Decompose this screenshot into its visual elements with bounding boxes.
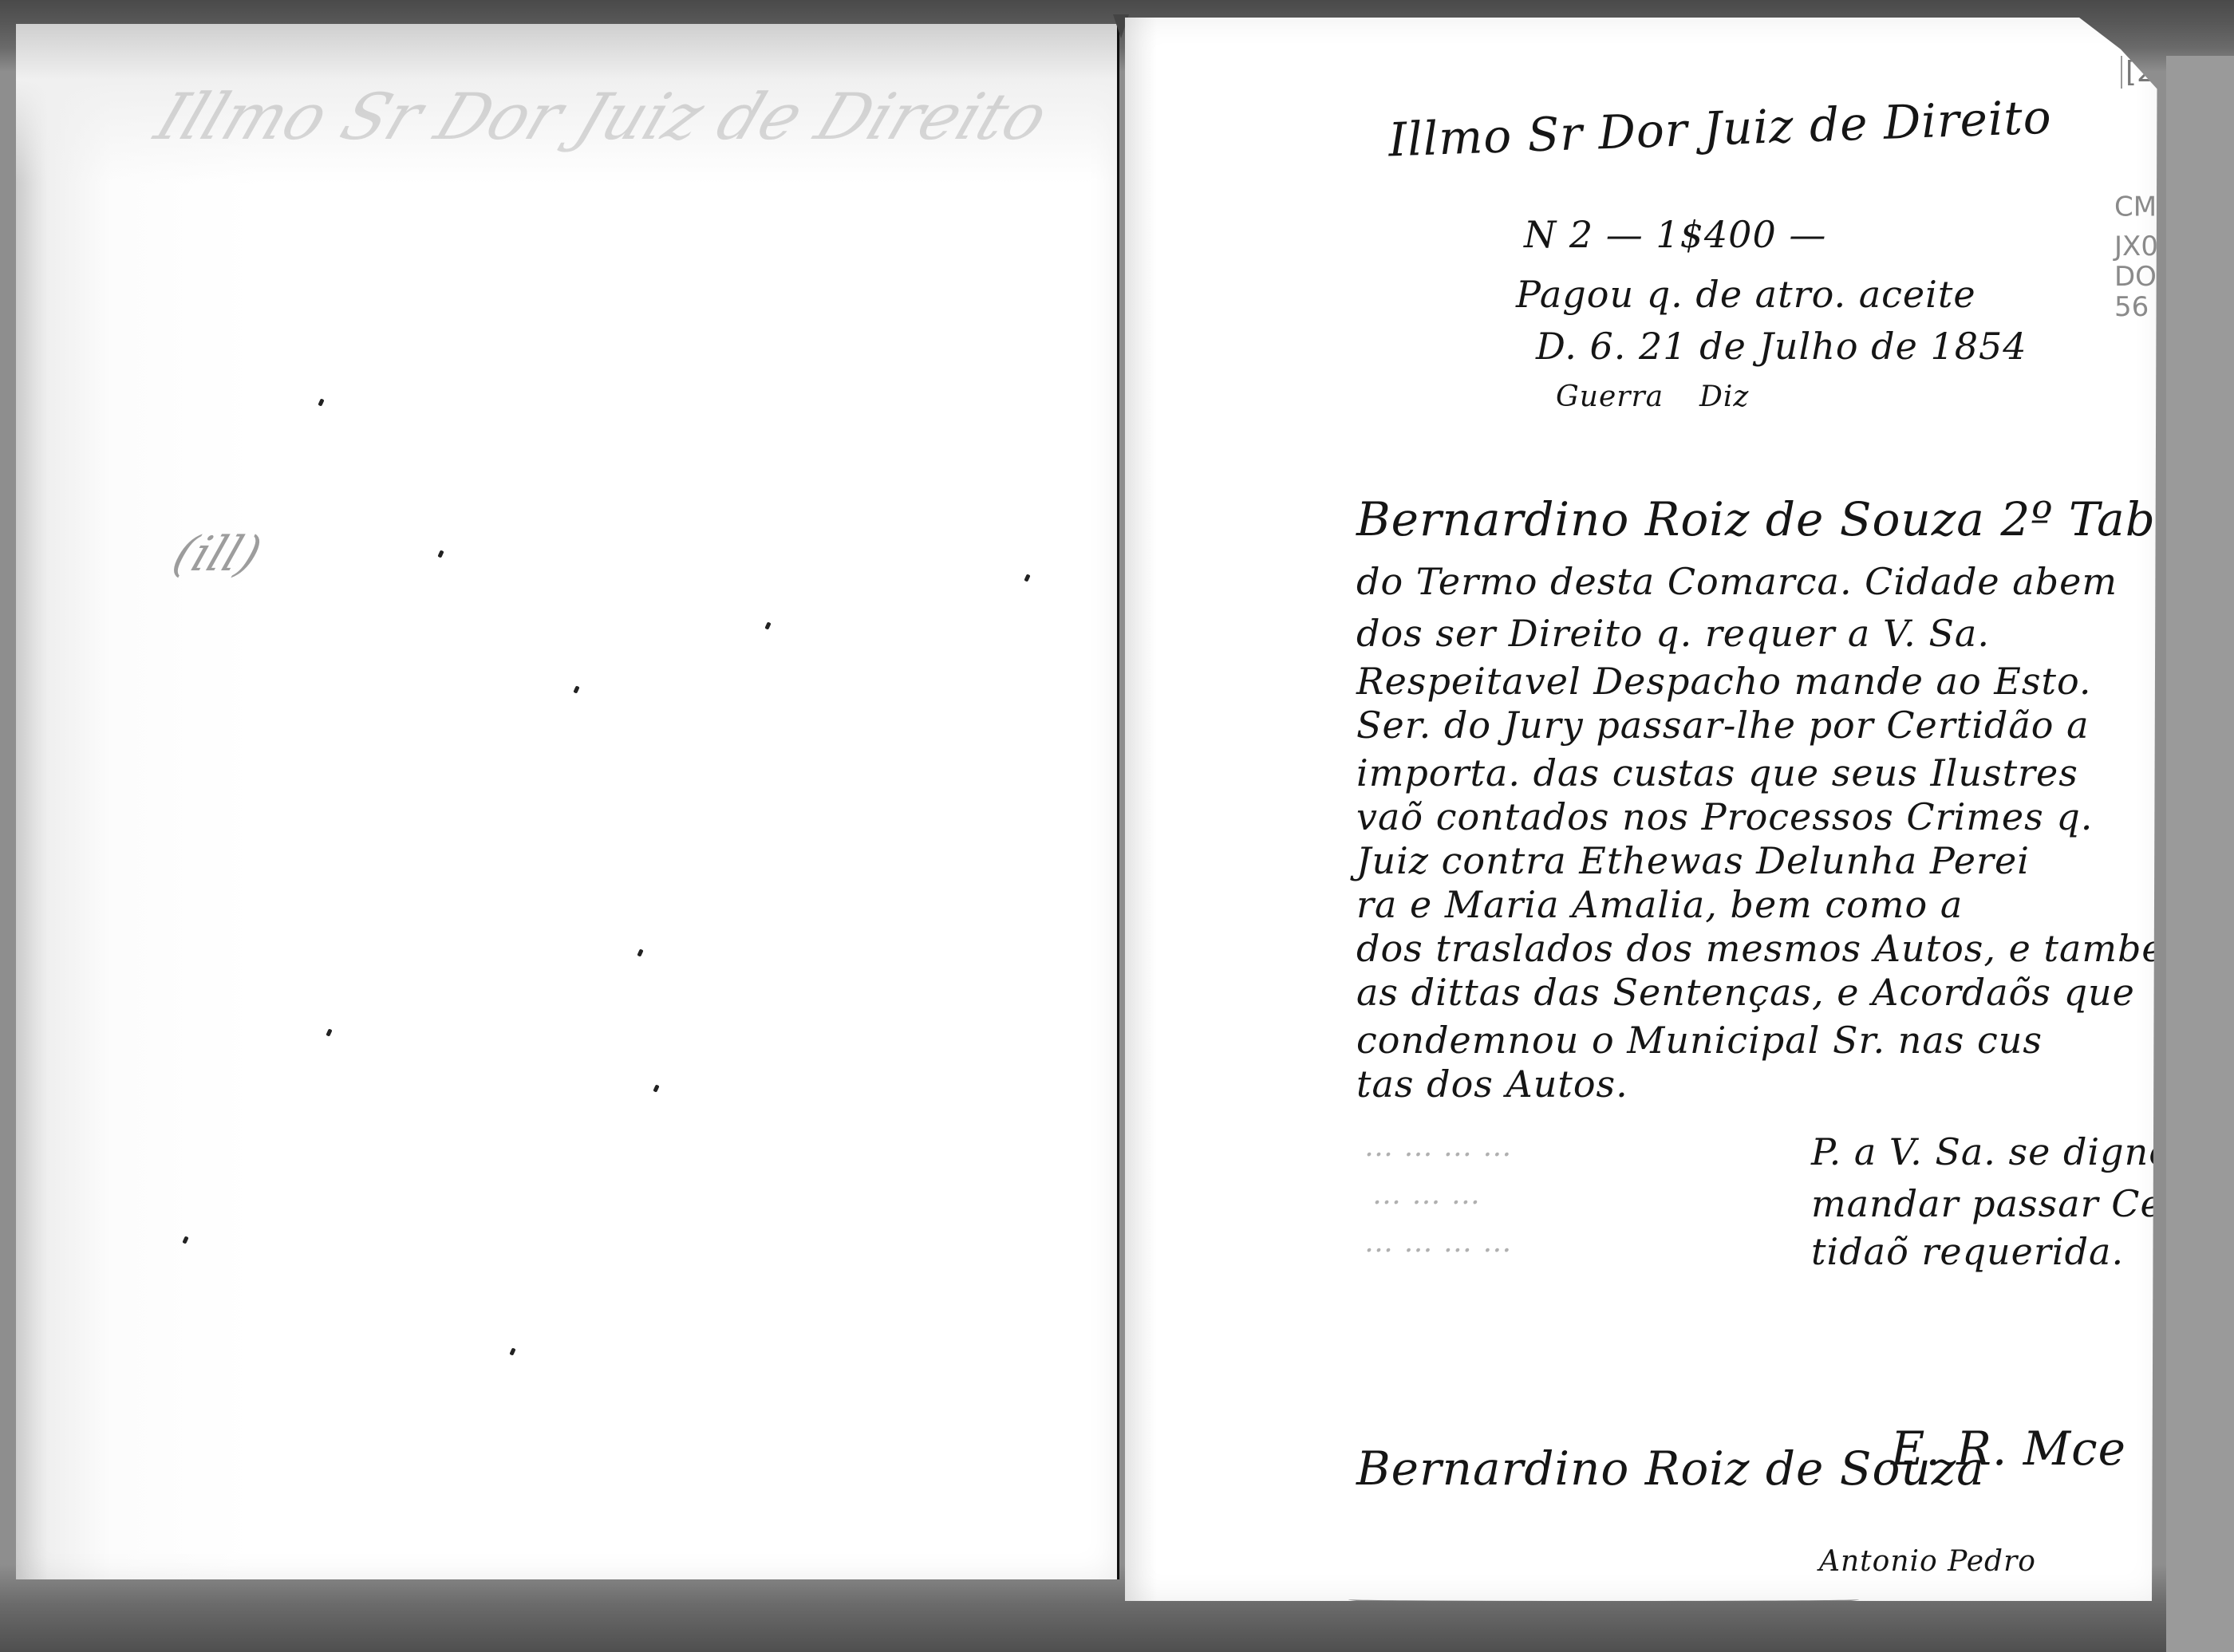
petition-line: Ser. do Jury passar-lhe por Certidão a <box>1356 704 2090 747</box>
dispatch-sign-right: Diz <box>1699 380 1749 413</box>
bleed-through-text: … … … … <box>1364 1226 1512 1259</box>
petition-line: as dittas das Sentenças, e Acordaõs que <box>1356 971 2135 1014</box>
petition-line: condemnou o Municipal Sr. nas cus <box>1356 1019 2043 1062</box>
ink-speck <box>437 550 444 558</box>
ink-speck <box>573 685 579 693</box>
petition-line: importa. das custas que seus Ilustres <box>1356 751 2078 794</box>
countersignature: Antonio Pedro <box>1819 1545 2036 1578</box>
ink-speck <box>1024 574 1030 582</box>
ink-speck <box>326 1028 332 1036</box>
petitioner-signature: Bernardino Roiz de Souza <box>1356 1441 1985 1496</box>
petition-line: Juiz contra Ethewas Delunha Perei <box>1356 839 2030 882</box>
ink-speck <box>182 1236 188 1244</box>
dispatch-line-3: D. 6. 21 de Julho de 1854 <box>1536 325 2027 368</box>
address-heading: Illmo Sr Dor Juiz de Direito <box>1387 90 2053 168</box>
bleed-through-text: … … … … <box>1364 1130 1512 1163</box>
bleed-through-mark: (ill) <box>165 526 269 582</box>
request-line-2: mandar passar Cer- <box>1811 1182 2194 1225</box>
petition-line: Bernardino Roiz de Souza 2º Tabm. <box>1356 492 2216 546</box>
petition-line: tas dos Autos. <box>1356 1063 1628 1106</box>
petition-line: ra e Maria Amalia, bem como a <box>1356 883 1963 926</box>
petition-line: do Termo desta Comarca. Cidade abem <box>1356 560 2118 603</box>
scanner-edge-right <box>2166 56 2234 1652</box>
petition-line: vaõ contados nos Processos Crimes q. <box>1356 795 2093 838</box>
ink-speck <box>318 398 324 406</box>
petition-line: Respeitavel Despacho mande ao Esto. <box>1356 660 2091 703</box>
ink-speck <box>637 948 643 956</box>
bleed-through-header: Illmo Sr Dor Juiz de Direito <box>146 80 1057 154</box>
petition-line: dos traslados dos mesmos Autos, e tambem <box>1356 927 2200 970</box>
request-line-3: tidaõ requerida. <box>1811 1230 2124 1273</box>
ink-speck <box>509 1347 515 1355</box>
dispatch-line-1: N 2 — 1$400 — <box>1524 213 1826 256</box>
left-page: Illmo Sr Dor Juiz de Direito (ill) <box>16 24 1119 1579</box>
right-page: [2] CMOP14 JX09 DOC 56 Illmo Sr Dor Juiz… <box>1125 18 2162 1601</box>
dispatch-sign-left: Guerra <box>1556 380 1664 413</box>
bleed-through-text: … … … <box>1372 1178 1481 1211</box>
ink-speck <box>653 1084 659 1092</box>
ink-speck <box>764 621 771 629</box>
dispatch-line-2: Pagou q. de atro. aceite <box>1516 273 1976 316</box>
request-line-1: P. a V. Sa. se digne <box>1811 1130 2171 1173</box>
petition-line: dos ser Direito q. requer a V. Sa. <box>1356 612 1990 655</box>
